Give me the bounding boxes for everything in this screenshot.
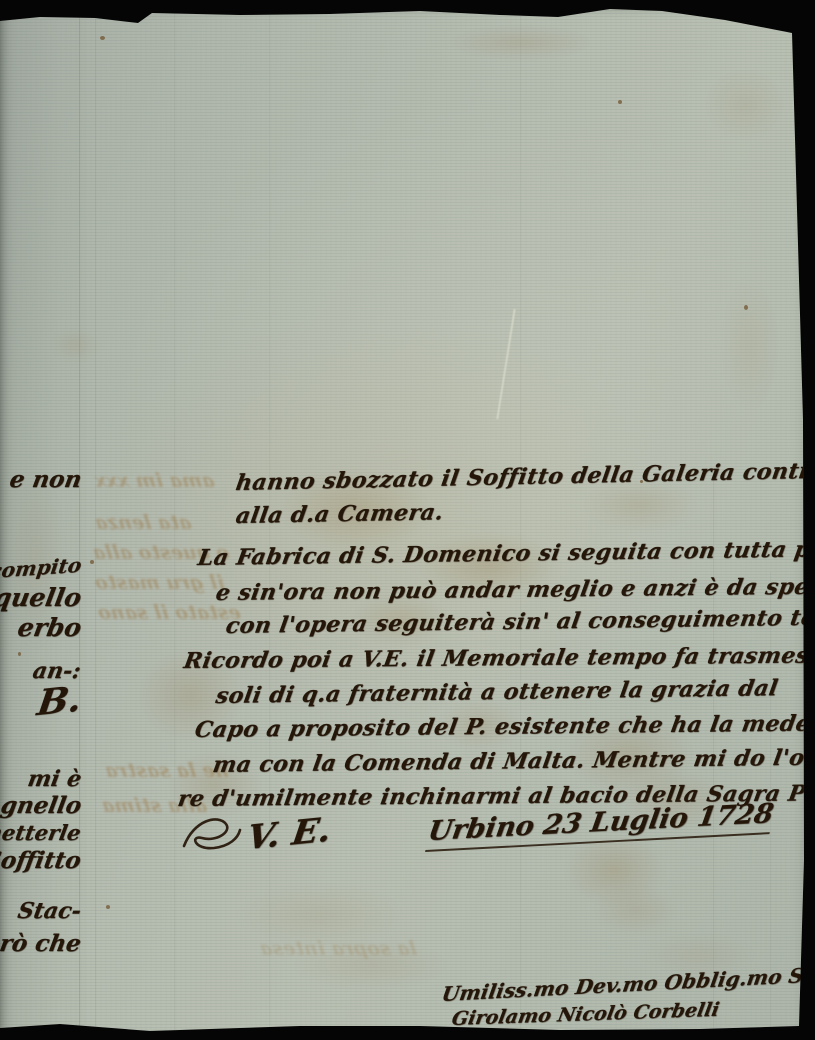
left-page-text-fragment: mi è [25,766,83,792]
stain [710,250,790,440]
left-page-text-fragment: il Soffitto [0,847,83,874]
letter-line: soli di q.a fraternità a ottenere la gra… [214,675,780,709]
fold-crease [520,0,522,1040]
ink-showthrough: ama im xxx [93,470,215,492]
letter-line: Ricordo poi a V.E. il Memoriale tempo fa… [182,642,815,674]
left-page-text-fragment: metterle [0,820,83,845]
left-page-text-fragment: Stac- [16,898,83,924]
ink-showthrough: il gru masto [93,572,225,594]
letter-line: e sin'ora non può andar meglio e anzi è … [214,573,815,606]
closing-initials: V. E. [180,812,330,856]
left-page-text-fragment: compito [0,553,83,583]
left-page-text-fragment: B. [35,678,85,724]
signature-name: Girolamo Nicolò Corbelli [450,999,721,1030]
stain [420,20,620,65]
left-page-text-fragment: quello [0,583,84,612]
left-page-text-fragment: e non [7,466,83,493]
paper-sheet: ama im xxx ata lenza o questo alla il gr… [0,0,815,1040]
ink-speck [100,36,105,40]
facing-page-strip: e non compito quello erbo an-: B. mi è g… [0,0,86,1040]
ink-speck [106,905,110,909]
left-page-text-fragment: rò che [0,930,83,957]
ink-speck [618,100,622,104]
left-page-text-fragment: erbo [15,613,83,642]
ink-showthrough: la sopra intesa [258,938,418,960]
letter-line: La Fabrica di S. Domenico si seguita con… [196,535,815,571]
letter-line: ma con la Comenda di Malta. Mentre mi do… [211,744,815,778]
closing-flourish-icon [180,812,244,856]
stain [575,875,695,945]
stain [690,55,800,155]
manuscript-scan: ama im xxx ata lenza o questo alla il gr… [0,0,815,1040]
signature-title: Umiliss.mo Dev.mo Obblig.mo Servitore [440,959,815,1006]
letter-line: con l'opera seguiterà sin' al conseguime… [224,604,815,639]
closing-initials-text: V. E. [244,810,333,858]
ink-speck [744,305,748,310]
ink-showthrough: ata lenza [93,512,192,534]
paper-scratch [496,309,515,420]
letter-line: Capo a proposito del P. esistente che ha… [193,710,815,743]
left-page-text-fragment: gnello [0,792,83,819]
letter-line: alla d.a Camera. [234,499,446,529]
letter-line: hanno sbozzato il Soffitto della Galeria… [234,457,815,496]
